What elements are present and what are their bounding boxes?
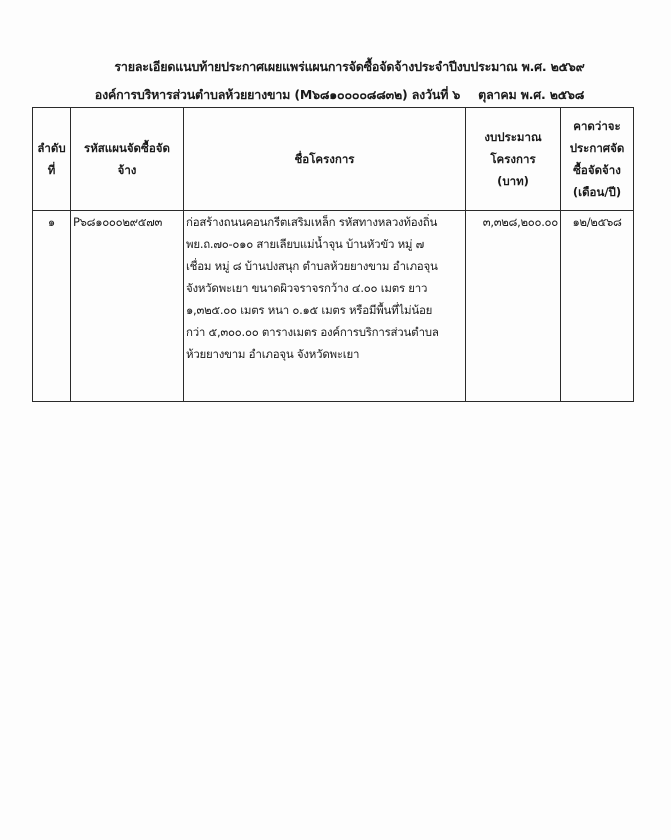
cell-expected-month: ๑๒/๒๕๖๘ — [561, 211, 634, 402]
header-budget: งบประมาณ โครงการ (บาท) — [466, 108, 561, 211]
cell-budget: ๓,๓๒๘,๒๐๐.๐๐ — [466, 211, 561, 402]
announcement-date: ตุลาคม พ.ศ. ๒๕๖๘ — [478, 87, 584, 102]
document-subtitle: องค์การบริหารส่วนตำบลห้วยยางขาม (M๖๘๑๐๐๐… — [0, 85, 671, 105]
header-expected-month: คาดว่าจะ ประกาศจัด ซื้อจัดจ้าง (เดือน/ปี… — [561, 108, 634, 211]
header-sequence-no: ลำดับ ที่ — [33, 108, 71, 211]
table-header-row: ลำดับ ที่ รหัสแผนจัดซื้อจัด จ้าง ชื่อโคร… — [33, 108, 634, 211]
header-project-name: ชื่อโครงการ — [184, 108, 466, 211]
cell-sequence-no: ๑ — [33, 211, 71, 402]
header-plan-code: รหัสแผนจัดซื้อจัด จ้าง — [71, 108, 184, 211]
table-row: ๑ P๖๘๑๐๐๐๒๙๕๗๓ ก่อสร้างถนนคอนกรีตเสริมเห… — [33, 211, 634, 402]
document-title: รายละเอียดแนบท้ายประกาศเผยแพร่แผนการจัดซ… — [0, 57, 671, 77]
organization-and-day: องค์การบริหารส่วนตำบลห้วยยางขาม (M๖๘๑๐๐๐… — [95, 87, 460, 102]
cell-project-name: ก่อสร้างถนนคอนกรีตเสริมเหล็ก รหัสทางหลวง… — [184, 211, 466, 402]
cell-plan-code: P๖๘๑๐๐๐๒๙๕๗๓ — [71, 211, 184, 402]
procurement-plan-table: ลำดับ ที่ รหัสแผนจัดซื้อจัด จ้าง ชื่อโคร… — [32, 107, 634, 402]
document-page: รายละเอียดแนบท้ายประกาศเผยแพร่แผนการจัดซ… — [0, 0, 671, 840]
